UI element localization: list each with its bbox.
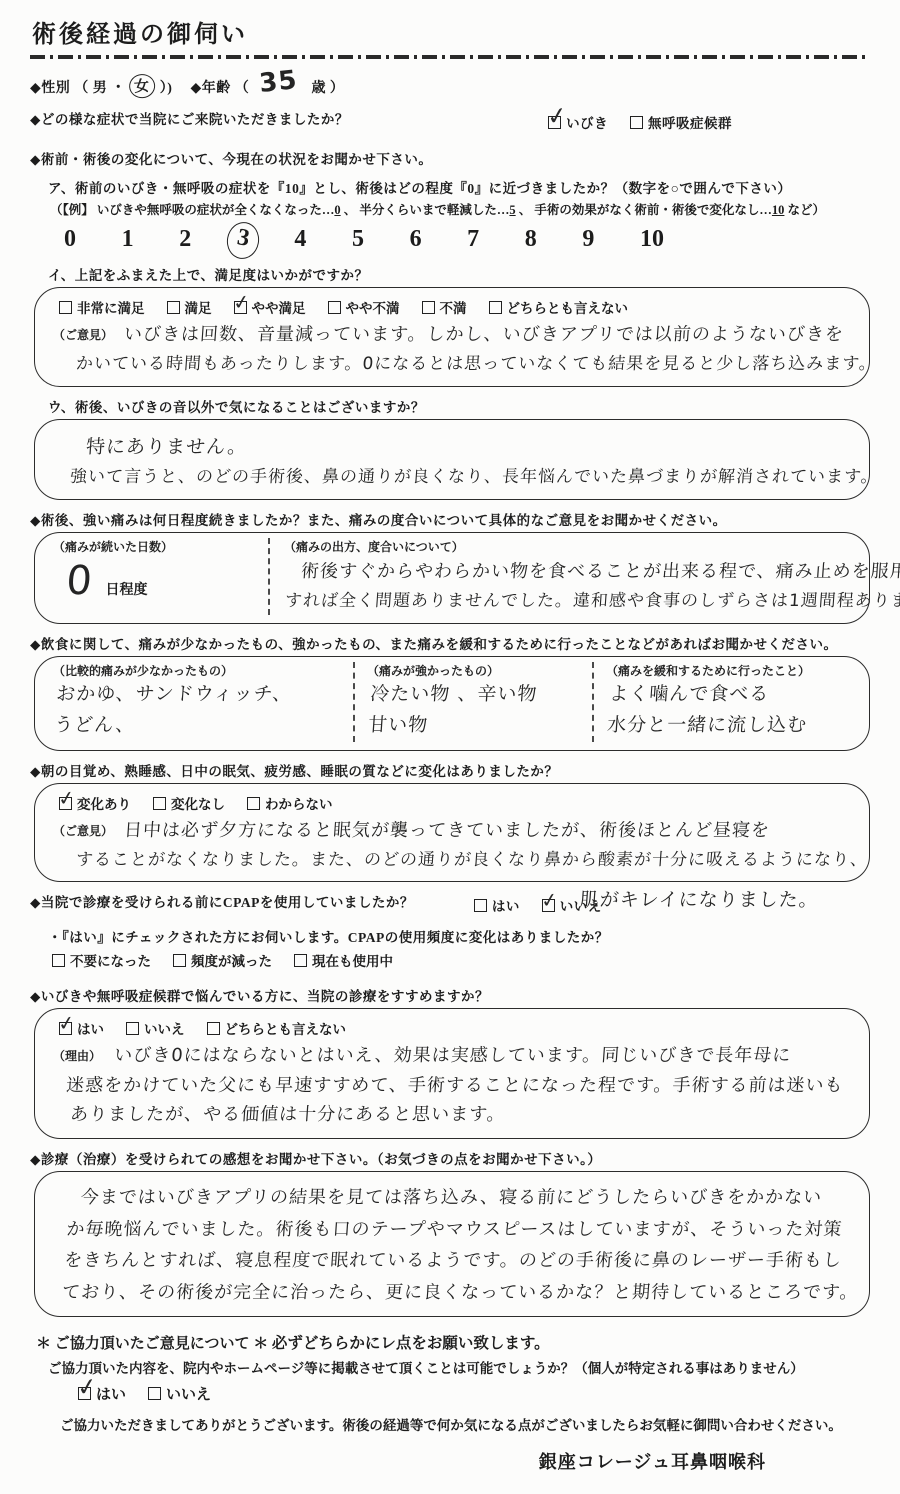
scale-example: （【例】 いびきや無呼吸の症状が全くなくなった…0 、 半分くらいまで軽減した…… [50, 200, 870, 218]
scale-number-4: 4 [294, 226, 306, 255]
publish-options: はい いいえ [78, 1383, 870, 1404]
scanned-questionnaire-page: 術後経過の御伺い ◆性別 （ 男 ・ 女 ）) ◆年齢 （ 35 歳 ） ◆どの… [0, 0, 900, 1494]
pain-detail-column: （痛みの出方、度合いについて） 術後すぐからやわらかい物を食べることが出来る程で… [268, 538, 900, 615]
page-title: 術後経過の御伺い [32, 14, 870, 49]
pain-days-unit: 日程度 [105, 583, 147, 598]
handwritten-line: ており、その術後が完全に治ったら、更に良くなっているかな？と期待しているところで… [61, 1277, 853, 1309]
handwritten-line: か毎晩悩んでいました。術後も口のテープやマウスピースはしていますが、そういった対… [65, 1214, 857, 1246]
handwritten-line: おかゆ、サンドウィッチ、 [55, 679, 357, 710]
checkbox-cpap-no [542, 899, 555, 912]
symptom-row: ◆どの様な症状で当院にご来院いただきましたか？ いびき 無呼吸症候群 [30, 108, 870, 134]
eating-col1-label: （比較的痛みが少なかったもの） [53, 662, 353, 679]
example-seg: 、 手術の効果がなく術前・術後で変化なし… [516, 203, 772, 217]
reason-label: （理由） [53, 1047, 101, 1064]
impression-response-box: 今まではいびきアプリの結果を見ては落ち込み、寝る前にどうしたらいびきをかかない … [34, 1171, 870, 1317]
scale-number-7: 7 [467, 226, 479, 255]
checkbox-somewhat-dissatisfied [328, 301, 341, 314]
handwritten-line: 甘い物 [367, 710, 594, 741]
age-label: ◆年齢 [190, 81, 230, 96]
eating-col3-label: （痛みを緩和するために行ったこと） [606, 662, 851, 679]
option-label: どちらとも言えない [507, 301, 629, 316]
option-snoring-label: いびき [566, 116, 608, 131]
handwritten-line: 迷惑をかけていた父にも早速すすめて、手術することになった程です。手術する前は迷い… [65, 1071, 844, 1101]
checkbox-very-satisfied [59, 301, 72, 314]
option-label: はい [77, 1022, 104, 1037]
checkbox-recommend-no [126, 1022, 139, 1035]
clinic-name: 銀座コレージュ耳鼻咽喉科 [30, 1448, 766, 1474]
checkbox-publish-yes [78, 1387, 91, 1400]
option-apnea: 無呼吸症候群 [630, 116, 732, 131]
sleep-options: 変化あり 変化なし わからない [59, 793, 851, 814]
recommend-question: ◆いびきや無呼吸症候群で悩んでいる方に、当院の診療をすすめますか？ [30, 985, 870, 1005]
option-label: やや不満 [346, 301, 400, 316]
example-num-10: 10 [772, 203, 785, 217]
footer-note-prefix: ＊ ご協力頂いたご意見について ＊ [36, 1336, 268, 1352]
option-label: 頻度が減った [191, 954, 272, 969]
option-label: どちらとも言えない [225, 1022, 347, 1037]
option-label: 変化あり [77, 797, 131, 812]
checkbox-snoring [548, 116, 561, 129]
checkbox-somewhat-satisfied [234, 301, 247, 314]
option-label: はい [96, 1387, 126, 1403]
pain-detail-label: （痛みの出方、度合いについて） [284, 538, 900, 555]
pain-response-box: （痛みが続いた日数） 0 日程度 （痛みの出方、度合いについて） 術後すぐからや… [34, 532, 870, 624]
scale-number-9: 9 [582, 226, 594, 255]
cpap-section: 肌がキレイになりました。 ◆当院で診療を受けられる前にCPAPを使用していました… [30, 891, 870, 971]
checkbox-no-longer-needed [52, 954, 65, 967]
satisfaction-response-box: 非常に満足 満足 やや満足 やや不満 不満 どちらとも言えない （ご意見） いび… [34, 287, 870, 387]
age-paren-open: （ [235, 81, 250, 96]
handwritten-line: よく噛んで食べる [608, 679, 855, 710]
impression-handwritten-answer: 今まではいびきアプリの結果を見ては落ち込み、寝る前にどうしたらいびきをかかない … [61, 1182, 860, 1308]
eating-col2-label: （痛みが強かったもの） [367, 662, 592, 679]
option-apnea-label: 無呼吸症候群 [648, 116, 732, 131]
age-paren-close: 歳 ） [311, 81, 344, 96]
option-snoring: いびき [548, 116, 612, 131]
change-heading: ◆術前・術後の変化について、今現在の状況をお聞かせ下さい。 [30, 148, 870, 168]
pain-days-column: （痛みが続いた日数） 0 日程度 [53, 538, 268, 615]
satisfaction-question: イ、上記をふまえた上で、満足度はいかがですか？ [48, 264, 870, 284]
age-value-handwritten: 35 [258, 65, 299, 99]
checkbox-recommend-yes [59, 1022, 72, 1035]
handwritten-line: すれば全く問題ありませんでした。違和感や食事のしずらさは1週間程ありました。 [284, 587, 900, 615]
checkbox-unsure [247, 797, 260, 810]
pain-days-label: （痛みが続いた日数） [53, 538, 268, 555]
sleep-handwritten-comment: 日中は必ず夕方になると眠気が襲ってきていましたが、術後ほとんど昼寝を することが… [121, 816, 871, 874]
eating-col-relief: （痛みを緩和するために行ったこと） よく噛んで食べる 水分と一緒に流し込む [592, 662, 851, 742]
option-label: わからない [265, 797, 333, 812]
handwritten-line: 水分と一緒に流し込む [606, 710, 853, 741]
checkbox-apnea [630, 116, 643, 129]
sex-options-open: （ 男 ・ [74, 81, 126, 96]
handwritten-line: することがなくなりました。また、のどの通りが良くなり鼻から酸素が十分に吸えるよう… [75, 845, 869, 873]
dash-dot-divider [30, 55, 870, 59]
scale-number-5: 5 [352, 226, 364, 255]
footer-note: ＊ ご協力頂いたご意見について ＊ 必ずどちらかにレ点をお願い致します。 [36, 1331, 870, 1353]
satisfaction-handwritten-comment: いびきは回数、音量減っています。しかし、いびきアプリでは以前のようないびきを か… [121, 320, 880, 378]
checkbox-cpap-yes [474, 899, 487, 912]
scale-number-8: 8 [525, 226, 537, 255]
pain-question: ◆術後、強い痛みは何日程度続きましたか？また、痛みの度合いについて具体的なご意見… [30, 509, 870, 529]
sleep-question: ◆朝の目覚め、熟睡感、日中の眠気、疲労感、睡眠の質などに変化はありましたか？ [30, 760, 870, 780]
comment-label: （ご意見） [53, 326, 113, 343]
checkbox-no-change [153, 797, 166, 810]
eating-response-box: （比較的痛みが少なかったもの） おかゆ、サンドウィッチ、 うどん、 （痛みが強か… [34, 656, 870, 751]
footer-note-bold: 必ずどちらかにレ点をお願い致します。 [272, 1335, 550, 1352]
publish-question: ご協力頂いた内容を、院内やホームページ等に掲載させて頂くことは可能でしょうか？（… [48, 1357, 870, 1377]
handwritten-line: いびきは回数、音量減っています。しかし、いびきアプリでは以前のようないびきを [123, 320, 880, 350]
example-seg: など） [784, 203, 825, 217]
concerns-handwritten-answer: 特にありません。 強いて言うと、のどの手術後、鼻の通りが良くなり、長年悩んでいた… [83, 432, 855, 491]
checkbox-publish-no [148, 1387, 161, 1400]
handwritten-line: 強いて言うと、のどの手術後、鼻の通りが良くなり、長年悩んでいた鼻づまりが解消され… [69, 463, 853, 491]
recommend-options: はい いいえ どちらとも言えない [59, 1018, 851, 1039]
sleep-handwritten-overflow: 肌がキレイになりました。 [579, 885, 820, 912]
cpap-frequency-options: 不要になった 頻度が減った 現在も使用中 [52, 950, 870, 971]
example-seg: 、 半分くらいまで軽減した… [341, 203, 510, 217]
symptom-question: ◆どの様な症状で当院にご来院いただきましたか？ [30, 108, 542, 134]
scale-question: ア、術前のいびき・無呼吸の症状を『10』とし、術後はどの程度『0』に近づきました… [48, 177, 870, 197]
thanks-message: ご協力いただきましてありがとうございます。術後の経過等で何か気になる点がございま… [60, 1414, 870, 1434]
handwritten-line: 日中は必ず夕方になると眠気が襲ってきていましたが、術後ほとんど昼寝を [123, 816, 871, 846]
handwritten-line: うどん、 [53, 710, 355, 741]
checkbox-frequency-reduced [173, 954, 186, 967]
option-label: いいえ [166, 1387, 211, 1403]
handwritten-line: ありましたが、やる価値は十分にあると思います。 [69, 1101, 842, 1131]
sex-label: ◆性別 [30, 81, 70, 96]
pain-days-value-handwritten: 0 [65, 561, 94, 601]
concerns-response-box: 特にありません。 強いて言うと、のどの手術後、鼻の通りが良くなり、長年悩んでいた… [34, 419, 870, 500]
scale-number-0: 0 [64, 226, 76, 255]
comment-label: （ご意見） [53, 822, 113, 839]
example-seg: （【例】 いびきや無呼吸の症状が全くなくなった… [50, 203, 334, 217]
recommend-handwritten-reason: いびき0にはならないとはいえ、効果は実感しています。同じいびきで長年母に 迷惑を… [109, 1041, 847, 1130]
sleep-response-box: 変化あり 変化なし わからない （ご意見） 日中は必ず夕方になると眠気が襲ってき… [34, 783, 870, 883]
impression-question: ◆診療（治療）を受けられての感想をお聞かせ下さい。（お気づきの点をお聞かせ下さい… [30, 1148, 870, 1168]
eating-question: ◆飲食に関して、痛みが少なかったもの、強かったもの、また痛みを緩和するために行っ… [30, 633, 870, 653]
cpap-question: ◆当院で診療を受けられる前にCPAPを使用していましたか？ [30, 891, 414, 917]
option-label: 不要になった [70, 954, 151, 969]
option-label: 満足 [185, 301, 212, 316]
checkbox-neither [489, 301, 502, 314]
sex-female-circled: 女 [128, 73, 156, 99]
checkbox-still-using [294, 954, 307, 967]
sex-options-close: ）) [160, 81, 173, 96]
handwritten-line: かいている時間もあったりします。0になるとは思っていなくても結果を見ると少し落ち… [75, 350, 878, 378]
checkbox-recommend-neither [207, 1022, 220, 1035]
scale-number-3-circled: 3 [224, 220, 262, 262]
option-label: 変化なし [171, 797, 225, 812]
checkbox-satisfied [167, 301, 180, 314]
scale-number-2: 2 [179, 226, 191, 255]
option-label: いいえ [144, 1022, 185, 1037]
recommend-response-box: はい いいえ どちらとも言えない （理由） いびき0にはならないとはいえ、効果は… [34, 1008, 870, 1139]
handwritten-line: いびき0にはならないとはいえ、効果は実感しています。同じいびきで長年母に [113, 1041, 846, 1071]
handwritten-line: 冷たい物 、辛い物 [369, 679, 596, 710]
handwritten-line: 術後すぐからやわらかい物を食べることが出来る程で、痛み止めを服用 [300, 557, 900, 587]
handwritten-line: をきちんとすれば、寝息程度で眠れているようです。のどの手術後に鼻のレーザー手術も… [63, 1245, 855, 1277]
rating-scale: 0 1 2 3 4 5 6 7 8 9 10 [64, 226, 664, 255]
eating-col-less-pain: （比較的痛みが少なかったもの） おかゆ、サンドウィッチ、 うどん、 [53, 662, 353, 742]
pain-handwritten-detail: 術後すぐからやわらかい物を食べることが出来る程で、痛み止めを服用 すれば全く問題… [284, 557, 900, 615]
scale-number-6: 6 [410, 226, 422, 255]
satisfaction-options: 非常に満足 満足 やや満足 やや不満 不満 どちらとも言えない [59, 297, 851, 318]
option-label: 不満 [440, 301, 467, 316]
checkbox-changed [59, 797, 72, 810]
handwritten-line: 今まではいびきアプリの結果を見ては落ち込み、寝る前にどうしたらいびきをかかない [80, 1182, 860, 1214]
option-label: やや満足 [252, 301, 306, 316]
option-label: 非常に満足 [77, 301, 145, 316]
concerns-question: ウ、術後、いびきの音以外で気になることはございますか？ [48, 396, 870, 416]
handwritten-line: 特にありません。 [85, 432, 855, 463]
option-label: はい [492, 899, 520, 914]
scale-number-10: 10 [640, 226, 664, 255]
checkbox-dissatisfied [422, 301, 435, 314]
eating-col-more-pain: （痛みが強かったもの） 冷たい物 、辛い物 甘い物 [353, 662, 592, 742]
scale-number-1: 1 [122, 226, 134, 255]
profile-row: ◆性別 （ 男 ・ 女 ）) ◆年齢 （ 35 歳 ） [30, 69, 870, 99]
cpap-followup-question: ・『はい』にチェックされた方にお伺いします。CPAPの使用頻度に変化はありました… [48, 926, 870, 946]
option-label: 現在も使用中 [312, 954, 393, 969]
